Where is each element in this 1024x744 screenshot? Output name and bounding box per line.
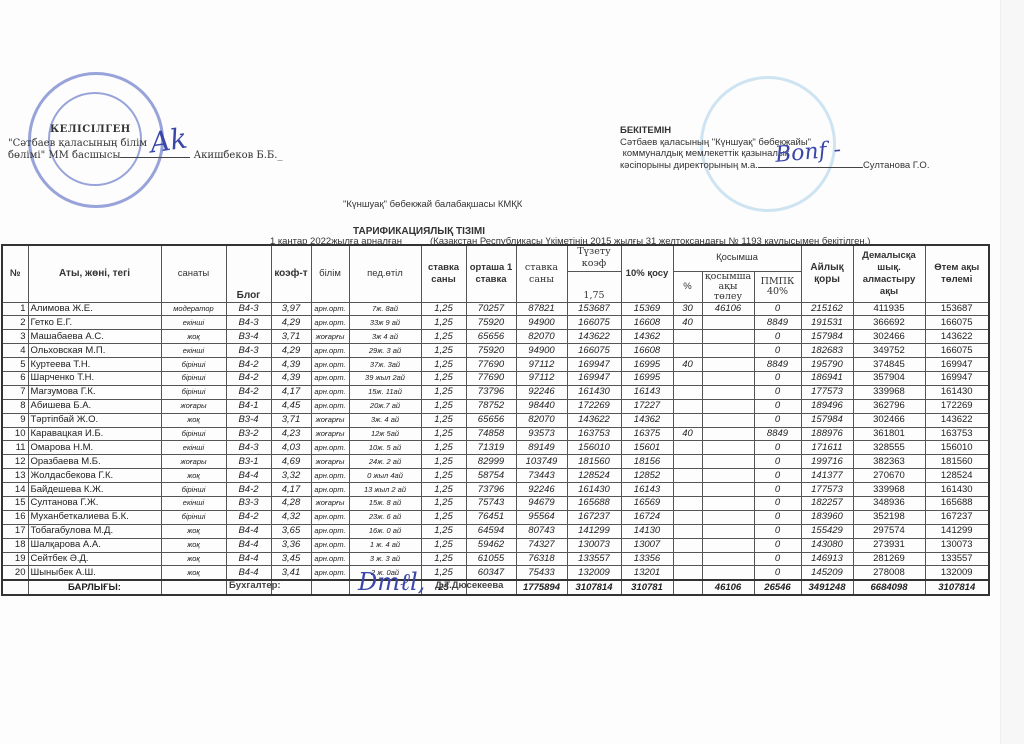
- cell-coef: 4,32: [271, 510, 311, 524]
- header-add-pct: %: [673, 271, 702, 302]
- cell-corr: 128524: [567, 469, 621, 483]
- cell-n: 18: [2, 538, 28, 552]
- cell-avg: 75920: [466, 344, 516, 358]
- cell-n: 11: [2, 441, 28, 455]
- cell-pct: [673, 371, 702, 385]
- cell-corr: 166075: [567, 344, 621, 358]
- cell-amount: 97112: [516, 371, 567, 385]
- table-row: 2Гетко Е.Г.екіншіB4-34,29арн.орт.33ж 9 а…: [2, 316, 989, 330]
- table-row: 16Муханбеткалиева Б.К.біріншіB4-24,32арн…: [2, 510, 989, 524]
- cell-ten: 14362: [621, 330, 673, 344]
- table-row: 8Абишева Б.А.жоғарыB4-14,45арн.орт.20ж.7…: [2, 399, 989, 413]
- cell-comp: 165688: [925, 496, 989, 510]
- cell-pct: [673, 566, 702, 580]
- cell-comp: 161430: [925, 385, 989, 399]
- cell-coef: 3,36: [271, 538, 311, 552]
- accountant-label: Бухгалтер:: [229, 580, 281, 591]
- cell-cat: бірінші: [161, 510, 226, 524]
- cell-add: [702, 316, 754, 330]
- cell-corr: 153687: [567, 302, 621, 316]
- cell-name: Муханбеткалиева Б.К.: [28, 510, 161, 524]
- cell-exp: 10ж. 5 ай: [349, 441, 421, 455]
- cell-comp: 166075: [925, 344, 989, 358]
- cell-block: B4-4: [226, 566, 271, 580]
- cell-pmpk: 0: [754, 524, 801, 538]
- cell-exp: 16ж. 0 ай: [349, 524, 421, 538]
- cell-edu: арн.орт.: [311, 358, 349, 372]
- cell-exp: 1 ж. 4 ай: [349, 538, 421, 552]
- right-approval-signer: Султанова Г.О.: [863, 160, 930, 171]
- cell-exp: 39 жыл 2ай: [349, 371, 421, 385]
- cell-amount: 73443: [516, 469, 567, 483]
- cell-coef: 4,17: [271, 483, 311, 497]
- cell-pct: 40: [673, 358, 702, 372]
- left-approval-line1: "Сәтбаев қаласының білім: [8, 138, 282, 150]
- header-add-pay: қосымша ақы төлеу: [702, 271, 754, 302]
- header-vacation: Демалысқа шық. алмастыру ақы: [853, 245, 925, 302]
- cell-vac: 411935: [853, 302, 925, 316]
- total-empty: [2, 580, 28, 595]
- cell-corr: 143622: [567, 330, 621, 344]
- cell-pmpk: 0: [754, 538, 801, 552]
- cell-monthly: 182257: [801, 496, 853, 510]
- cell-corr: 143622: [567, 413, 621, 427]
- cell-block: B3-2: [226, 427, 271, 441]
- cell-monthly: 199716: [801, 455, 853, 469]
- cell-comp: 163753: [925, 427, 989, 441]
- cell-exp: 3ж 4 ай: [349, 330, 421, 344]
- cell-pct: [673, 399, 702, 413]
- table-row: 13Жолдасбекова Г.К.жоқB4-43,32арн.орт.0 …: [2, 469, 989, 483]
- cell-rate: 1,25: [421, 496, 466, 510]
- cell-coef: 4,29: [271, 316, 311, 330]
- cell-comp: 132009: [925, 566, 989, 580]
- total-vac: 6684098: [853, 580, 925, 595]
- table-row: 4Ольховская М.П.екіншіB4-34,29арн.орт.29…: [2, 344, 989, 358]
- cell-block: B3-1: [226, 455, 271, 469]
- cell-n: 12: [2, 455, 28, 469]
- cell-monthly: 195790: [801, 358, 853, 372]
- cell-vac: 362796: [853, 399, 925, 413]
- cell-n: 13: [2, 469, 28, 483]
- cell-edu: жоғарғы: [311, 413, 349, 427]
- cell-comp: 141299: [925, 524, 989, 538]
- cell-avg: 71319: [466, 441, 516, 455]
- cell-block: B4-3: [226, 441, 271, 455]
- cell-n: 1: [2, 302, 28, 316]
- cell-exp: 15ж. 11ай: [349, 385, 421, 399]
- cell-ten: 14362: [621, 413, 673, 427]
- cell-pct: [673, 538, 702, 552]
- cell-cat: жоқ: [161, 566, 226, 580]
- cell-amount: 94900: [516, 316, 567, 330]
- accountant-name: Д.Т.Дюсекеева: [435, 580, 503, 591]
- cell-ten: 16995: [621, 371, 673, 385]
- cell-block: B4-4: [226, 469, 271, 483]
- cell-name: Тобагабулова М.Д.: [28, 524, 161, 538]
- cell-cat: екінші: [161, 316, 226, 330]
- cell-block: B4-2: [226, 385, 271, 399]
- cell-corr: 169947: [567, 358, 621, 372]
- cell-coef: 4,45: [271, 399, 311, 413]
- cell-rate: 1,25: [421, 330, 466, 344]
- cell-ten: 16375: [621, 427, 673, 441]
- cell-amount: 75433: [516, 566, 567, 580]
- cell-name: Тәртіпбай Ж.О.: [28, 413, 161, 427]
- cell-comp: 143622: [925, 330, 989, 344]
- cell-cat: жоғары: [161, 455, 226, 469]
- total-ten: 310781: [621, 580, 673, 595]
- cell-cat: жоқ: [161, 524, 226, 538]
- cell-add: [702, 524, 754, 538]
- cell-exp: 33ж 9 ай: [349, 316, 421, 330]
- header-corr-coef-value: 1,75: [567, 271, 621, 302]
- cell-cat: модератор: [161, 302, 226, 316]
- table-row: 17Тобагабулова М.Д.жоқB4-43,65арн.орт.16…: [2, 524, 989, 538]
- header-additional: Қосымша: [673, 245, 801, 271]
- cell-pmpk: 0: [754, 455, 801, 469]
- cell-vac: 352198: [853, 510, 925, 524]
- cell-comp: 156010: [925, 441, 989, 455]
- cell-avg: 77690: [466, 371, 516, 385]
- cell-avg: 73796: [466, 385, 516, 399]
- cell-rate: 1,25: [421, 469, 466, 483]
- table-row: 3Машабаева А.С.жоқB3-43,71жоғарғы3ж 4 ай…: [2, 330, 989, 344]
- cell-block: B3-3: [226, 496, 271, 510]
- cell-vac: 278008: [853, 566, 925, 580]
- cell-corr: 130073: [567, 538, 621, 552]
- cell-ten: 16608: [621, 344, 673, 358]
- cell-cat: бірінші: [161, 427, 226, 441]
- cell-comp: 133557: [925, 552, 989, 566]
- cell-name: Султанова Г.Ж.: [28, 496, 161, 510]
- cell-coef: 3,32: [271, 469, 311, 483]
- cell-n: 14: [2, 483, 28, 497]
- cell-avg: 77690: [466, 358, 516, 372]
- cell-vac: 339968: [853, 385, 925, 399]
- cell-corr: 141299: [567, 524, 621, 538]
- cell-pmpk: 0: [754, 496, 801, 510]
- cell-add: [702, 371, 754, 385]
- cell-rate: 1,25: [421, 413, 466, 427]
- total-pmpk: 26546: [754, 580, 801, 595]
- cell-n: 16: [2, 510, 28, 524]
- cell-pct: [673, 552, 702, 566]
- cell-block: B4-3: [226, 344, 271, 358]
- cell-pct: [673, 344, 702, 358]
- cell-comp: 143622: [925, 413, 989, 427]
- cell-avg: 73796: [466, 483, 516, 497]
- header-avg-rate: орташа 1 ставка: [466, 245, 516, 302]
- cell-monthly: 171611: [801, 441, 853, 455]
- cell-avg: 65656: [466, 413, 516, 427]
- cell-exp: 13 жыл 2 ай: [349, 483, 421, 497]
- cell-rate: 1,25: [421, 316, 466, 330]
- cell-vac: 357904: [853, 371, 925, 385]
- cell-coef: 3,45: [271, 552, 311, 566]
- cell-vac: 281269: [853, 552, 925, 566]
- cell-corr: 132009: [567, 566, 621, 580]
- cell-pct: [673, 483, 702, 497]
- cell-coef: 4,39: [271, 358, 311, 372]
- cell-block: B3-4: [226, 330, 271, 344]
- cell-coef: 3,97: [271, 302, 311, 316]
- cell-rate: 1,25: [421, 441, 466, 455]
- total-monthly: 3491248: [801, 580, 853, 595]
- cell-name: Алимова Ж.Е.: [28, 302, 161, 316]
- signature-accountant: Dmℓl,: [358, 568, 425, 597]
- cell-pct: [673, 330, 702, 344]
- cell-rate: 1,25: [421, 399, 466, 413]
- cell-avg: 75920: [466, 316, 516, 330]
- cell-amount: 89149: [516, 441, 567, 455]
- cell-add: [702, 469, 754, 483]
- cell-coef: 4,03: [271, 441, 311, 455]
- cell-monthly: 215162: [801, 302, 853, 316]
- right-approval-heading: БЕКІТЕМІН: [620, 125, 929, 137]
- cell-monthly: 188976: [801, 427, 853, 441]
- cell-monthly: 143080: [801, 538, 853, 552]
- header-category: санаты: [161, 245, 226, 302]
- cell-edu: арн.орт.: [311, 302, 349, 316]
- cell-pmpk: 0: [754, 510, 801, 524]
- cell-rate: 1,25: [421, 358, 466, 372]
- cell-add: [702, 399, 754, 413]
- total-corr: 3107814: [567, 580, 621, 595]
- cell-n: 15: [2, 496, 28, 510]
- cell-vac: 339968: [853, 483, 925, 497]
- cell-add: [702, 483, 754, 497]
- header-block: Блог: [226, 245, 271, 302]
- cell-n: 10: [2, 427, 28, 441]
- cell-name: Ольховская М.П.: [28, 344, 161, 358]
- cell-add: [702, 385, 754, 399]
- cell-comp: 161430: [925, 483, 989, 497]
- cell-edu: жоғарғы: [311, 496, 349, 510]
- cell-ten: 13007: [621, 538, 673, 552]
- cell-corr: 165688: [567, 496, 621, 510]
- cell-amount: 94900: [516, 344, 567, 358]
- cell-cat: екінші: [161, 496, 226, 510]
- cell-rate: 1,25: [421, 566, 466, 580]
- table-row: 10Каравацкая И.Б.біріншіB3-24,23жоғарғы1…: [2, 427, 989, 441]
- cell-amount: 76318: [516, 552, 567, 566]
- cell-corr: 166075: [567, 316, 621, 330]
- cell-block: B4-4: [226, 552, 271, 566]
- cell-pmpk: 0: [754, 385, 801, 399]
- cell-avg: 64594: [466, 524, 516, 538]
- cell-ten: 15601: [621, 441, 673, 455]
- cell-block: B4-2: [226, 510, 271, 524]
- cell-edu: арн.орт.: [311, 510, 349, 524]
- cell-corr: 161430: [567, 483, 621, 497]
- cell-pct: 30: [673, 302, 702, 316]
- header-monthly: Айлық қоры: [801, 245, 853, 302]
- header-rate-amount: ставка саны: [516, 245, 567, 302]
- cell-comp: 169947: [925, 358, 989, 372]
- cell-name: Шалқарова А.А.: [28, 538, 161, 552]
- header-coef: коэф-т: [271, 245, 311, 302]
- cell-ten: 16995: [621, 358, 673, 372]
- cell-rate: 1,25: [421, 344, 466, 358]
- cell-vac: 273931: [853, 538, 925, 552]
- cell-exp: 3 ж. 3 ай: [349, 552, 421, 566]
- total-pct: [673, 580, 702, 595]
- cell-cat: бірінші: [161, 371, 226, 385]
- cell-comp: 181560: [925, 455, 989, 469]
- total-empty: [161, 580, 226, 595]
- cell-ten: 13201: [621, 566, 673, 580]
- cell-n: 17: [2, 524, 28, 538]
- cell-exp: 3ж. 4 ай: [349, 413, 421, 427]
- cell-name: Байдешева К.Ж.: [28, 483, 161, 497]
- total-comp: 3107814: [925, 580, 989, 595]
- cell-pct: [673, 496, 702, 510]
- cell-vac: 328555: [853, 441, 925, 455]
- cell-avg: 76451: [466, 510, 516, 524]
- cell-avg: 61055: [466, 552, 516, 566]
- cell-name: Жолдасбекова Г.К.: [28, 469, 161, 483]
- cell-cat: жоқ: [161, 552, 226, 566]
- cell-rate: 1,25: [421, 510, 466, 524]
- cell-block: B4-4: [226, 524, 271, 538]
- cell-comp: 166075: [925, 316, 989, 330]
- table-row: 1Алимова Ж.Е.модераторB4-33,97арн.орт.7ж…: [2, 302, 989, 316]
- cell-corr: 156010: [567, 441, 621, 455]
- cell-corr: 163753: [567, 427, 621, 441]
- cell-pmpk: 8849: [754, 427, 801, 441]
- cell-comp: 153687: [925, 302, 989, 316]
- cell-exp: 37ж. 3ай: [349, 358, 421, 372]
- cell-pmpk: 0: [754, 399, 801, 413]
- cell-rate: 1,25: [421, 538, 466, 552]
- cell-add: [702, 538, 754, 552]
- cell-cat: бірінші: [161, 483, 226, 497]
- cell-exp: 12ж 5ай: [349, 427, 421, 441]
- cell-block: B4-2: [226, 483, 271, 497]
- cell-cat: екінші: [161, 441, 226, 455]
- cell-cat: жоқ: [161, 330, 226, 344]
- cell-ten: 16569: [621, 496, 673, 510]
- cell-amount: 92246: [516, 483, 567, 497]
- cell-monthly: 145209: [801, 566, 853, 580]
- left-approval-signer: Акишбеков Б.Б._: [194, 150, 283, 161]
- cell-name: Машабаева А.С.: [28, 330, 161, 344]
- cell-n: 8: [2, 399, 28, 413]
- cell-vac: 366692: [853, 316, 925, 330]
- table-row: 20Шыныбек А.Ш.жоқB4-43,41арн.орт.2 ж. 0а…: [2, 566, 989, 580]
- cell-pct: [673, 385, 702, 399]
- cell-ten: 15369: [621, 302, 673, 316]
- table-row: 18Шалқарова А.А.жоқB4-43,36арн.орт.1 ж. …: [2, 538, 989, 552]
- cell-avg: 59462: [466, 538, 516, 552]
- header-ten-pct: 10% қосу: [621, 245, 673, 302]
- cell-pct: [673, 455, 702, 469]
- cell-pct: 40: [673, 427, 702, 441]
- cell-monthly: 177573: [801, 385, 853, 399]
- cell-exp: 0 жыл 4ай: [349, 469, 421, 483]
- cell-exp: 24ж. 2 ай: [349, 455, 421, 469]
- cell-pct: 40: [673, 316, 702, 330]
- table-row: 12Оразбаева М.Б.жоғарыB3-14,69жоғарғы24ж…: [2, 455, 989, 469]
- cell-name: Гетко Е.Г.: [28, 316, 161, 330]
- cell-vac: 297574: [853, 524, 925, 538]
- cell-vac: 349752: [853, 344, 925, 358]
- cell-amount: 95564: [516, 510, 567, 524]
- cell-edu: арн.орт.: [311, 441, 349, 455]
- cell-name: Магзумова Г.К.: [28, 385, 161, 399]
- cell-avg: 82999: [466, 455, 516, 469]
- cell-coef: 3,41: [271, 566, 311, 580]
- cell-add: [702, 413, 754, 427]
- cell-vac: 302466: [853, 413, 925, 427]
- table-row: 11Омарова Н.М.екіншіB4-34,03арн.орт.10ж.…: [2, 441, 989, 455]
- cell-name: Сейтбек Ә.Д.: [28, 552, 161, 566]
- cell-ten: 13356: [621, 552, 673, 566]
- cell-avg: 78752: [466, 399, 516, 413]
- cell-n: 4: [2, 344, 28, 358]
- cell-block: B4-2: [226, 358, 271, 372]
- cell-block: B4-4: [226, 538, 271, 552]
- cell-rate: 1,25: [421, 524, 466, 538]
- cell-vac: 382363: [853, 455, 925, 469]
- header-pmpk: ПМПК 40%: [754, 271, 801, 302]
- table-row: 14Байдешева К.Ж.біріншіB4-24,17арн.орт.1…: [2, 483, 989, 497]
- cell-corr: 169947: [567, 371, 621, 385]
- total-add: 46106: [702, 580, 754, 595]
- cell-block: B3-4: [226, 413, 271, 427]
- cell-pmpk: 0: [754, 302, 801, 316]
- cell-n: 6: [2, 371, 28, 385]
- cell-add: 46106: [702, 302, 754, 316]
- cell-name: Омарова Н.М.: [28, 441, 161, 455]
- cell-vac: 361801: [853, 427, 925, 441]
- cell-add: [702, 566, 754, 580]
- cell-rate: 1,25: [421, 427, 466, 441]
- table-row: 7Магзумова Г.К.біріншіB4-24,17арн.орт.15…: [2, 385, 989, 399]
- cell-monthly: 155429: [801, 524, 853, 538]
- cell-rate: 1,25: [421, 302, 466, 316]
- total-label: БАРЛЫҒЫ:: [28, 580, 161, 595]
- cell-ten: 16608: [621, 316, 673, 330]
- cell-ten: 14130: [621, 524, 673, 538]
- cell-pct: [673, 510, 702, 524]
- cell-edu: арн.орт.: [311, 483, 349, 497]
- signature-left: Ak: [148, 122, 189, 160]
- right-approval-line3: кәсіпорыны директорының м.а.: [620, 160, 758, 171]
- cell-edu: жоғарғы: [311, 330, 349, 344]
- cell-add: [702, 441, 754, 455]
- cell-cat: жоғары: [161, 399, 226, 413]
- cell-avg: 74858: [466, 427, 516, 441]
- cell-pmpk: 0: [754, 371, 801, 385]
- cell-monthly: 191531: [801, 316, 853, 330]
- cell-cat: бірінші: [161, 358, 226, 372]
- cell-pct: [673, 524, 702, 538]
- cell-add: [702, 427, 754, 441]
- tariff-table: № Аты, жөні, тегі санаты Блог коэф-т біл…: [1, 244, 990, 596]
- header-name: Аты, жөні, тегі: [28, 245, 161, 302]
- table-row: 19Сейтбек Ә.Д.жоқB4-43,45арн.орт.3 ж. 3 …: [2, 552, 989, 566]
- cell-ten: 12852: [621, 469, 673, 483]
- cell-name: Каравацкая И.Б.: [28, 427, 161, 441]
- cell-add: [702, 344, 754, 358]
- cell-rate: 1,25: [421, 483, 466, 497]
- cell-name: Оразбаева М.Б.: [28, 455, 161, 469]
- cell-coef: 3,65: [271, 524, 311, 538]
- cell-add: [702, 552, 754, 566]
- page-edge: [1000, 0, 1024, 744]
